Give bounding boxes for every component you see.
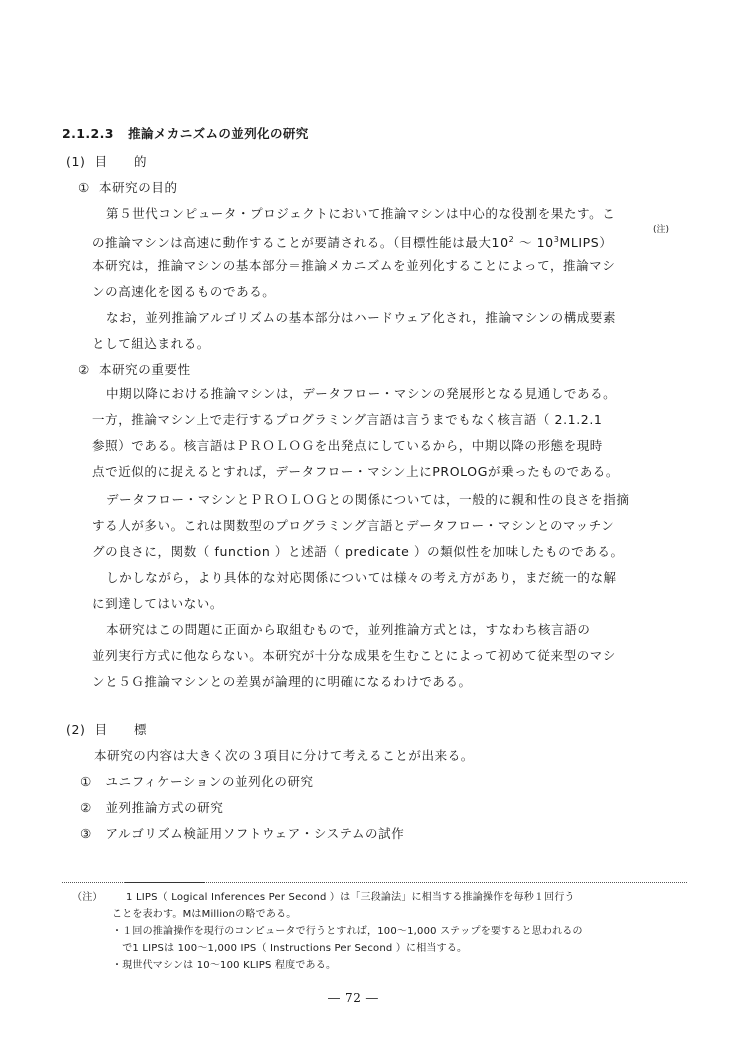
- target-low-exp: 2: [509, 235, 515, 244]
- target-unit: MLIPS）: [559, 235, 612, 250]
- footnote-divider-solid: [125, 882, 205, 883]
- list-item: ③ アルゴリズム検証用ソフトウェア・システムの試作: [80, 826, 404, 842]
- part2-heading-number: (2): [66, 722, 86, 737]
- paragraph-line: 本研究は，推論マシンの基本部分＝推論メカニズムを並列化することによって，推論マシ: [92, 258, 615, 274]
- footnote-label: （注）: [72, 890, 103, 906]
- sub1-heading: ① 本研究の目的: [78, 180, 178, 196]
- list-item-text: 並列推論方式の研究: [106, 800, 224, 815]
- sub2-number: ②: [78, 362, 90, 377]
- list-item-text: アルゴリズム検証用ソフトウェア・システムの試作: [106, 826, 405, 841]
- footnote-line: ・１回の推論操作を現行のコンピュータで行うとすれば，100～1,000 ステップ…: [112, 924, 583, 940]
- sub1-title: 本研究の目的: [99, 180, 178, 195]
- paragraph-line: 中期以降における推論マシンは，データフロー・マシンの発展形となる見通しである。: [106, 386, 616, 402]
- sub2-heading: ② 本研究の重要性: [78, 362, 191, 378]
- sub2-title: 本研究の重要性: [99, 362, 191, 377]
- part1-heading-text: 目 的: [95, 154, 147, 169]
- page-number: ― 72 ―: [328, 990, 379, 1006]
- part2-intro: 本研究の内容は大きく次の３項目に分けて考えることが出来る。: [94, 748, 474, 764]
- list-item-number: ③: [80, 826, 92, 841]
- paragraph-line: ンと５Ｇ推論マシンとの差異が論理的に明確になるわけである。: [92, 674, 472, 690]
- paragraph-line: グの良さに，関数（ function ）と述語（ predicate ）の類似性…: [92, 544, 624, 560]
- sub1-number: ①: [78, 180, 90, 195]
- target-perf-text: の推論マシンは高速に動作することが要請される。（目標性能は最大: [92, 235, 492, 250]
- target-high-base: 10: [537, 235, 554, 250]
- footnote-line: ことを表わす。MはMillionの略である。: [112, 907, 296, 923]
- part2-heading-text: 目 標: [95, 722, 147, 737]
- footnote-line: 1 LIPS（ Logical Inferences Per Second ）は…: [126, 890, 575, 906]
- paragraph-line: 並列実行方式に他ならない。本研究が十分な成果を生むことによって初めて従来型のマシ: [92, 648, 616, 664]
- tilde: ～: [519, 235, 532, 250]
- list-item-number: ②: [80, 800, 92, 815]
- paragraph-line: データフロー・マシンとＰＲＯＬＯＧとの関係については，一般的に親和性の良さを指摘: [106, 492, 629, 508]
- list-item-number: ①: [80, 774, 92, 789]
- paragraph-line: 一方，推論マシン上で走行するプログラミング言語は言うまでもなく核言語（ 2.1.…: [92, 412, 602, 428]
- paragraph-line: ンの高速化を図るものである。: [92, 284, 275, 300]
- section-number: 2.1.2.3: [62, 126, 114, 141]
- paragraph-line: 第５世代コンピュータ・プロジェクトにおいて推論マシンは中心的な役割を果たす。こ: [106, 206, 615, 222]
- paragraph-line: 点で近似的に捉えるとすれば，データフロー・マシン上にPROLOGが乗ったものであ…: [92, 464, 619, 480]
- list-item: ① ユニフィケーションの並列化の研究: [80, 774, 314, 790]
- section-title: 推論メカニズムの並列化の研究: [128, 126, 309, 141]
- part1-heading: (1) 目 的: [66, 154, 147, 170]
- list-item: ② 並列推論方式の研究: [80, 800, 223, 816]
- target-low-base: 10: [492, 235, 509, 250]
- paragraph-line: する人が多い。これは関数型のプログラミング言語とデータフロー・マシンとのマッチン: [92, 518, 614, 534]
- paragraph-line: に到達してはいない。: [92, 596, 223, 612]
- footnote-line: ・現世代マシンは 10～100 KLIPS 程度である。: [112, 958, 336, 974]
- paragraph-line: 参照）である。核言語はＰＲＯＬＯＧを出発点にしているから，中期以降の形態を現時: [92, 438, 603, 454]
- footnote-line: で1 LIPSは 100～1,000 IPS（ Instructions Per…: [112, 941, 467, 957]
- list-item-text: ユニフィケーションの並列化の研究: [106, 774, 314, 789]
- paragraph-line: なお，並列推論アルゴリズムの基本部分はハードウェア化され，推論マシンの構成要素: [106, 310, 616, 326]
- note-marker: (注): [653, 222, 669, 235]
- part2-heading: (2) 目 標: [66, 722, 147, 738]
- paragraph-line: として組込まれる。: [92, 336, 210, 352]
- part1-heading-number: (1): [66, 154, 86, 169]
- paragraph-line: しかしながら，より具体的な対応関係については様々の考え方があり，まだ統一的な解: [106, 570, 617, 586]
- section-heading: 2.1.2.3 推論メカニズムの並列化の研究: [62, 126, 309, 142]
- paragraph-line: の推論マシンは高速に動作することが要請される。（目標性能は最大102 ～ 103…: [92, 232, 612, 251]
- paragraph-line: 本研究はこの問題に正面から取組むもので，並列推論方式とは，すなわち核言語の: [106, 622, 590, 638]
